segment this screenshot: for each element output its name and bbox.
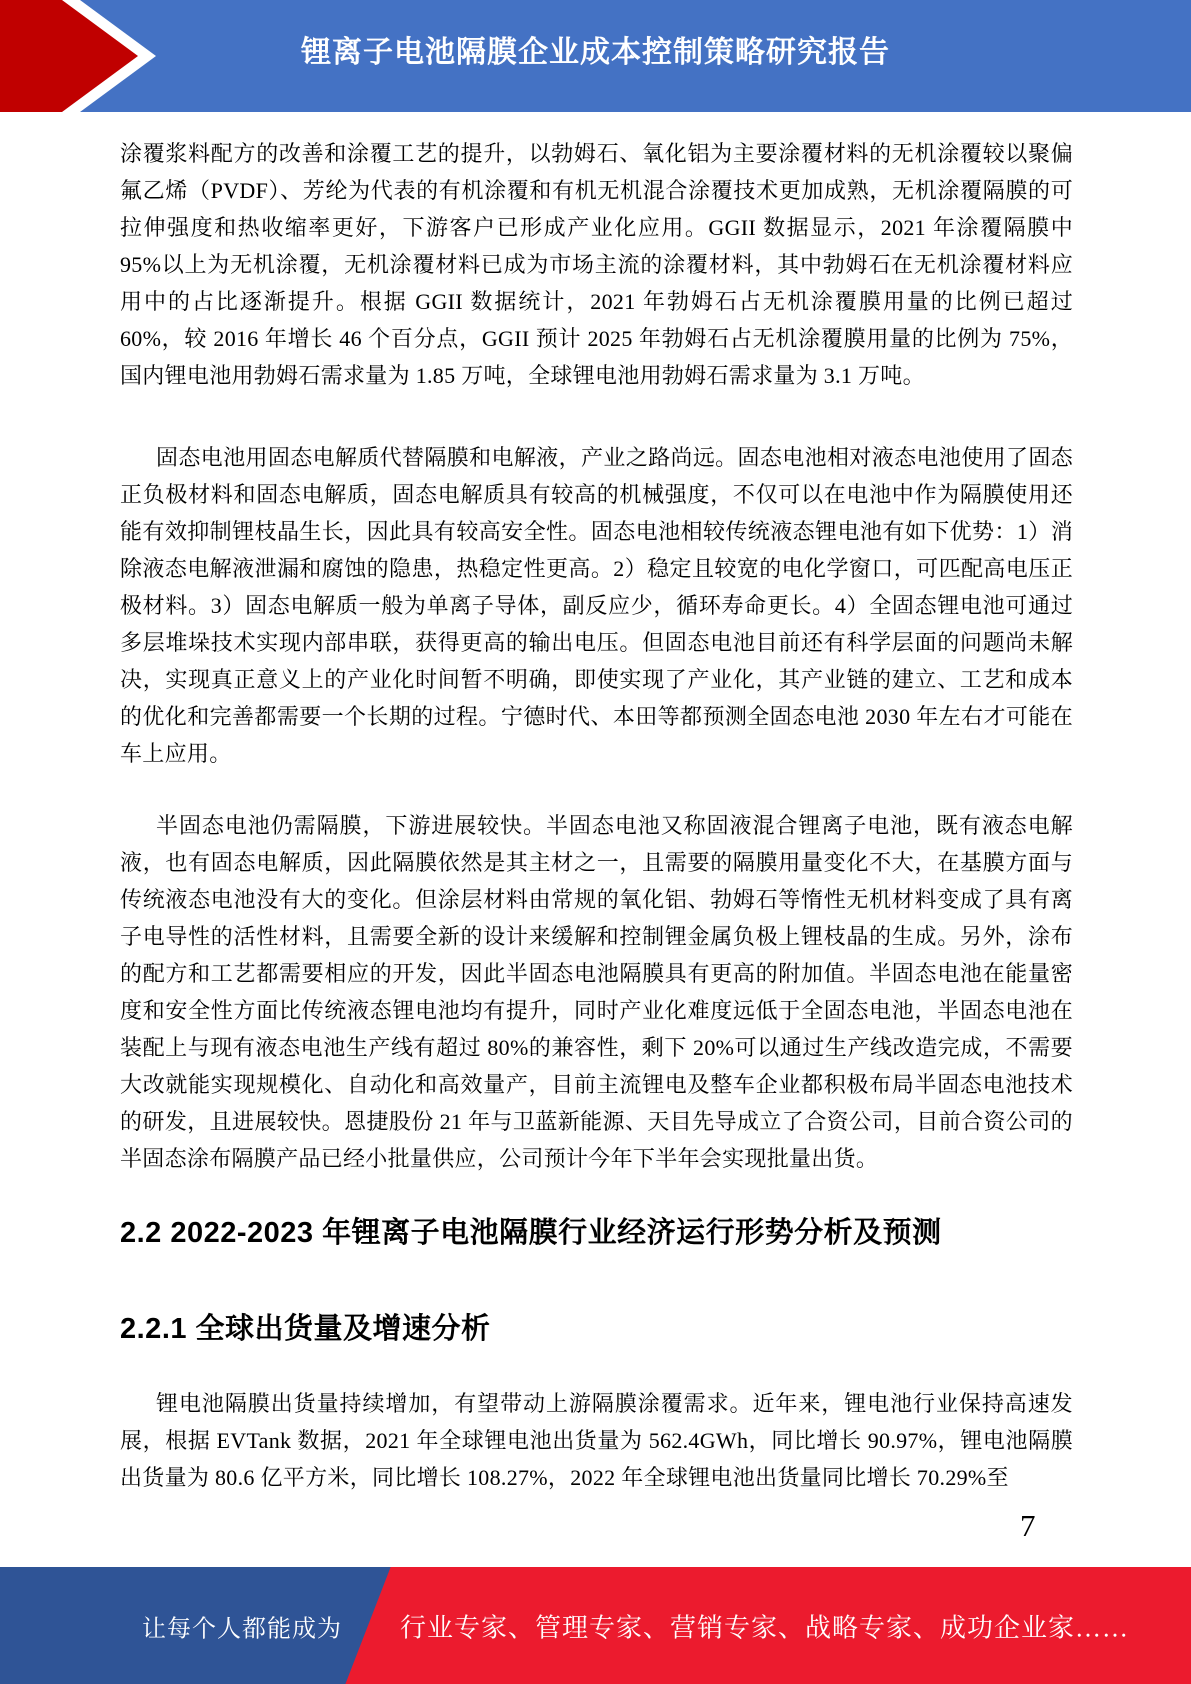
paragraph-coating-materials: 涂覆浆料配方的改善和涂覆工艺的提升，以勃姆石、氧化铝为主要涂覆材料的无机涂覆较以… [120,135,1073,394]
footer-slogan-left: 让每个人都能成为 [142,1608,342,1643]
page-number: 7 [1020,1508,1036,1544]
footer-slogan-right: 行业专家、管理专家、营销专家、战略专家、成功企业家…… [400,1607,1129,1644]
report-title: 锂离子电池隔膜企业成本控制策略研究报告 [0,0,1191,112]
document-page: 锂离子电池隔膜企业成本控制策略研究报告 涂覆浆料配方的改善和涂覆工艺的提升，以勃… [0,0,1191,1684]
section-heading-2-2-1: 2.2.1 全球出货量及增速分析 [120,1306,1100,1347]
paragraph-semi-solid-battery: 半固态电池仍需隔膜，下游进展较快。半固态电池又称固液混合锂离子电池，既有液态电解… [120,807,1073,1177]
paragraph-global-shipments: 锂电池隔膜出货量持续增加，有望带动上游隔膜涂覆需求。近年来，锂电池行业保持高速发… [120,1385,1073,1496]
section-heading-2-2: 2.2 2022-2023 年锂离子电池隔膜行业经济运行形势分析及预测 [120,1210,1100,1251]
paragraph-solid-state-battery: 固态电池用固态电解质代替隔膜和电解液，产业之路尚远。固态电池相对液态电池使用了固… [120,439,1073,772]
page-header: 锂离子电池隔膜企业成本控制策略研究报告 [0,0,1191,112]
page-footer: 让每个人都能成为 行业专家、管理专家、营销专家、战略专家、成功企业家…… [0,1567,1191,1684]
